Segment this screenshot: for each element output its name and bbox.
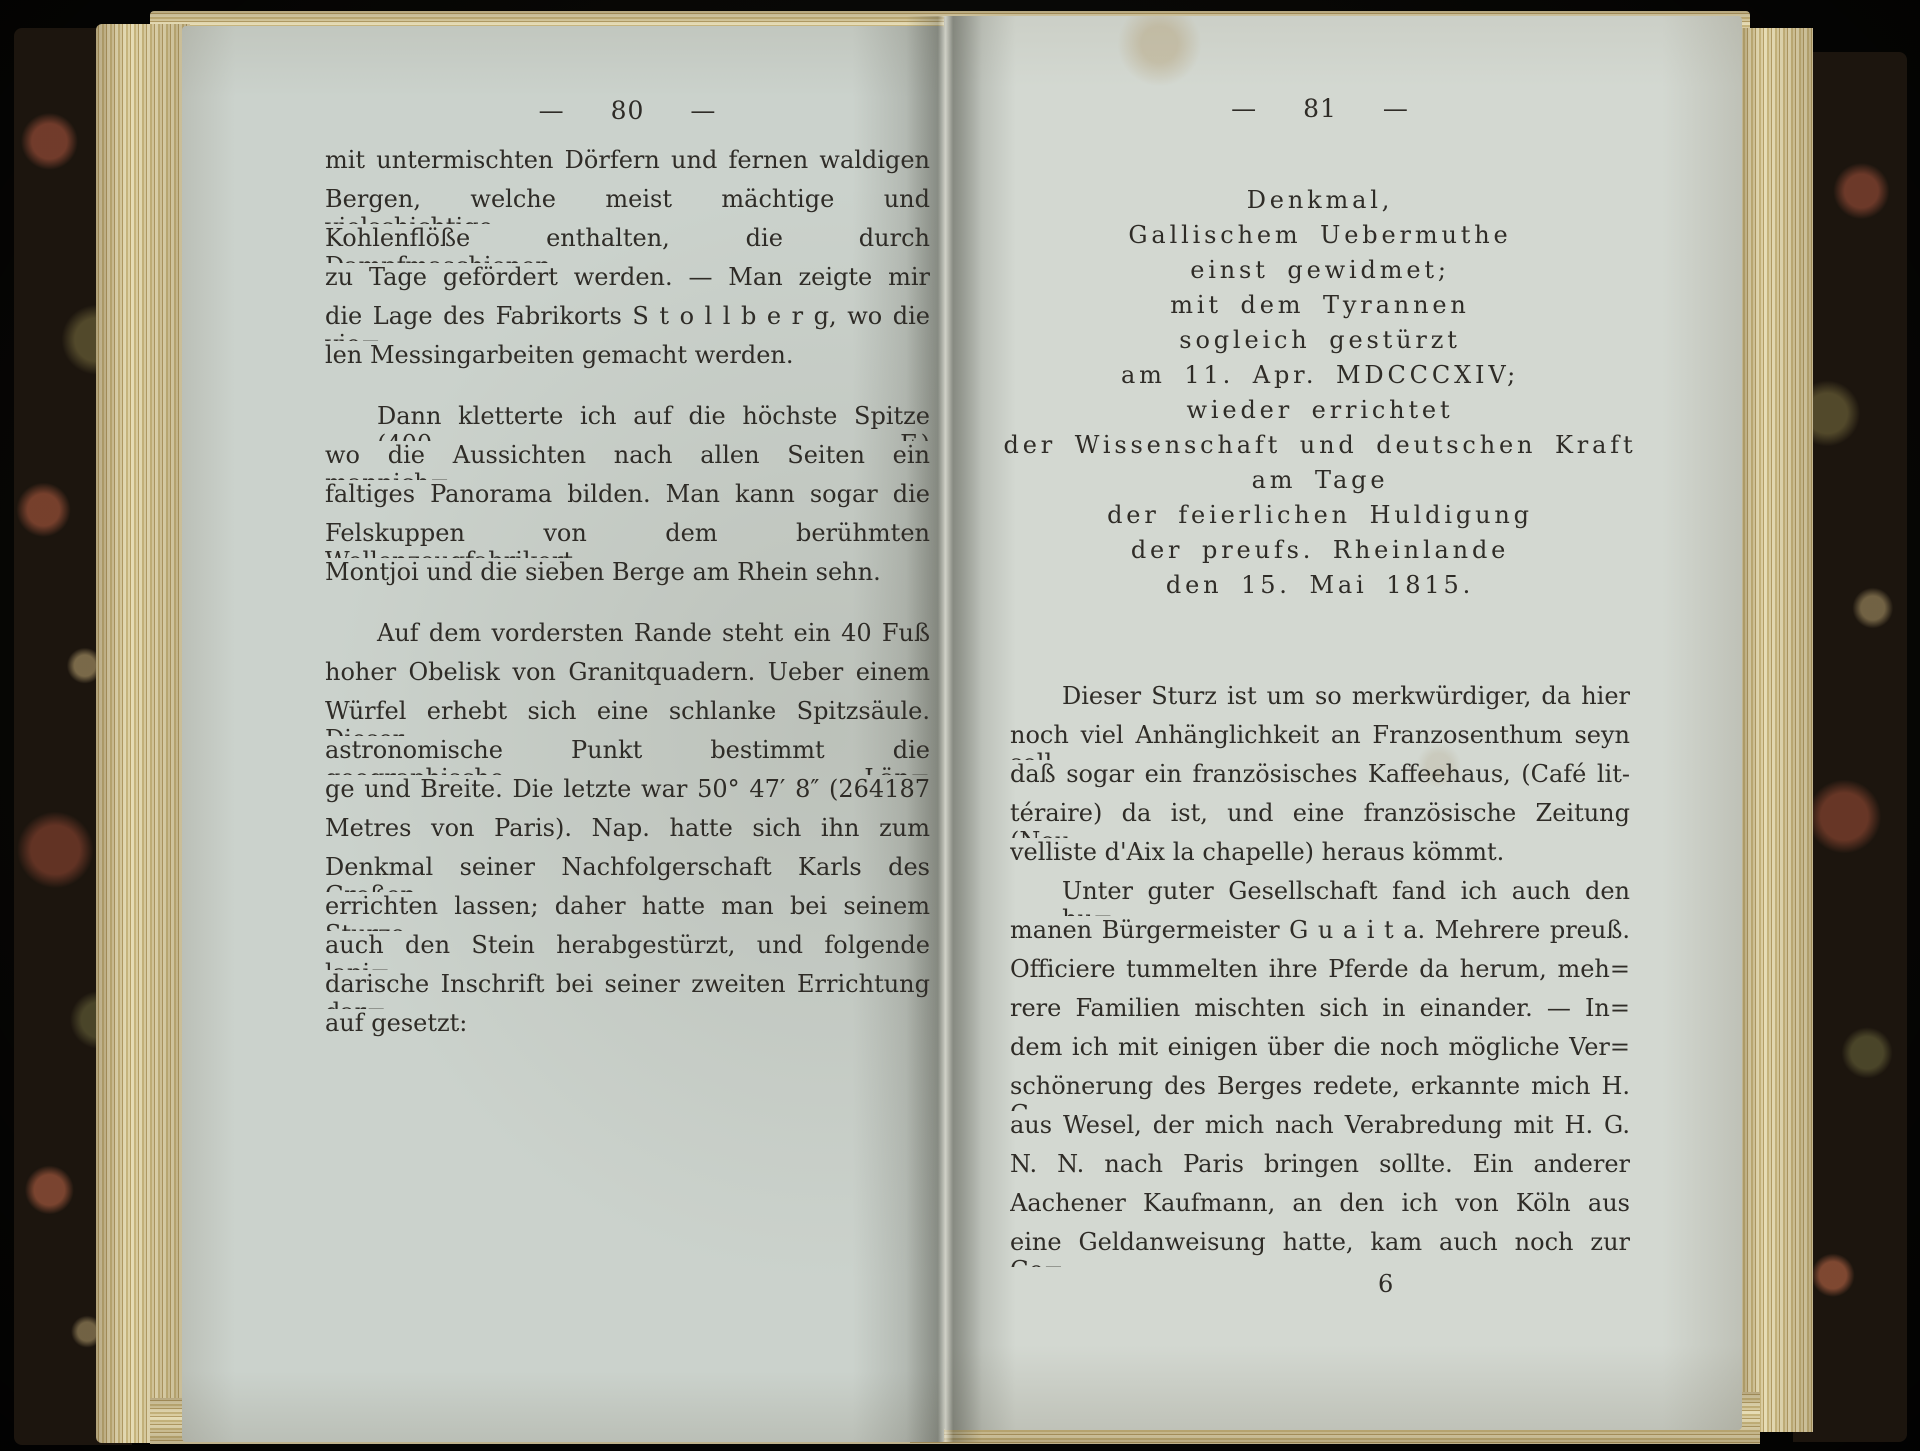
text-line: Officiere tummelten ihre Pferde da herum… bbox=[1010, 955, 1630, 994]
text-line: Aachener Kaufmann, an den ich von Köln a… bbox=[1010, 1189, 1630, 1228]
header-dash: — bbox=[690, 96, 716, 125]
text-line: zu Tage gefördert werden. — Man zeigte m… bbox=[325, 263, 930, 302]
right-page-lines: Dieser Sturz ist um so merkwürdiger, da … bbox=[1010, 682, 1630, 1267]
text-line: aus Wesel, der mich nach Verabredung mit… bbox=[1010, 1111, 1630, 1150]
text-line: Kohlenflöße enthalten, die durch Dampfma… bbox=[325, 224, 930, 263]
monument-inscription-block: Denkmal,Gallischem Uebermutheeinst gewid… bbox=[1000, 186, 1640, 606]
inscription-line: sogleich gestürzt bbox=[1000, 326, 1640, 361]
text-line: mit untermischten Dörfern und fernen wal… bbox=[325, 146, 930, 185]
text-line: astronomische Punkt bestimmt die geograp… bbox=[325, 736, 930, 775]
text-line: Metres von Paris). Nap. hatte sich ihn z… bbox=[325, 814, 930, 853]
text-line: téraire) da ist, und eine französische Z… bbox=[1010, 799, 1630, 838]
text-line: Dieser Sturz ist um so merkwürdiger, da … bbox=[1010, 682, 1630, 721]
left-page-number: 80 bbox=[611, 96, 645, 125]
text-line: Auf dem vordersten Rande steht ein 40 Fu… bbox=[325, 619, 930, 658]
inscription-line: am 11. Apr. MDCCCXIV; bbox=[1000, 361, 1640, 396]
text-line: Denkmal seiner Nachfolgerschaft Karls de… bbox=[325, 853, 930, 892]
inscription-line: den 15. Mai 1815. bbox=[1000, 571, 1640, 606]
text-line: auf gesetzt: bbox=[325, 1009, 930, 1048]
open-book-photo: — 80 — mit untermischten Dörfern und fer… bbox=[0, 0, 1920, 1451]
inscription-line: Gallischem Uebermuthe bbox=[1000, 221, 1640, 256]
text-line: Dann kletterte ich auf die höchste Spitz… bbox=[325, 402, 930, 441]
text-line: hoher Obelisk von Granitquadern. Ueber e… bbox=[325, 658, 930, 697]
text-line: eine Geldanweisung hatte, kam auch noch … bbox=[1010, 1228, 1630, 1267]
text-line: velliste d'Aix la chapelle) heraus kömmt… bbox=[1010, 838, 1630, 877]
text-line: ge und Breite. Die letzte war 50° 47′ 8″… bbox=[325, 775, 930, 814]
left-page-text-block: mit untermischten Dörfern und fernen wal… bbox=[325, 146, 930, 1048]
text-line: die Lage des Fabrikorts S t o l l b e r … bbox=[325, 302, 930, 341]
text-line: darische Inschrift bei seiner zweiten Er… bbox=[325, 970, 930, 1009]
text-line: wo die Aussichten nach allen Seiten ein … bbox=[325, 441, 930, 480]
inscription-line: der feierlichen Huldigung bbox=[1000, 501, 1640, 536]
inscription-line: wieder errichtet bbox=[1000, 396, 1640, 431]
header-dash: — bbox=[539, 96, 565, 125]
header-dash: — bbox=[1383, 94, 1409, 123]
text-line: errichten lassen; daher hatte man bei se… bbox=[325, 892, 930, 931]
text-line: Montjoi und die sieben Berge am Rhein se… bbox=[325, 558, 930, 597]
inscription-line: Denkmal, bbox=[1000, 186, 1640, 221]
text-line: Unter guter Gesellschaft fand ich auch d… bbox=[1010, 877, 1630, 916]
text-line: daß sogar ein französisches Kaffeehaus, … bbox=[1010, 760, 1630, 799]
inscription-line: der Wissenschaft und deutschen Kraft bbox=[1000, 431, 1640, 466]
signature-mark: 6 bbox=[1010, 1270, 1630, 1306]
text-line: schönerung des Berges redete, erkannte m… bbox=[1010, 1072, 1630, 1111]
text-line: N. N. nach Paris bringen sollte. Ein and… bbox=[1010, 1150, 1630, 1189]
left-page-header: — 80 — bbox=[325, 96, 930, 125]
text-line: rere Familien mischten sich in einander.… bbox=[1010, 994, 1630, 1033]
text-line: faltiges Panorama bilden. Man kann sogar… bbox=[325, 480, 930, 519]
header-dash: — bbox=[1231, 94, 1257, 123]
text-line: Felskuppen von dem berühmten Wollenzeugf… bbox=[325, 519, 930, 558]
inscription-line: einst gewidmet; bbox=[1000, 256, 1640, 291]
page-edges-left-stack bbox=[96, 24, 190, 1443]
page-edges-right-stack bbox=[1737, 28, 1813, 1432]
right-page-text-block: Dieser Sturz ist um so merkwürdiger, da … bbox=[1010, 682, 1630, 1306]
right-page-header: — 81 — bbox=[1010, 94, 1630, 123]
text-line: Würfel erhebt sich eine schlanke Spitzsä… bbox=[325, 697, 930, 736]
text-line: auch den Stein herabgestürzt, und folgen… bbox=[325, 931, 930, 970]
text-line: len Messingarbeiten gemacht werden. bbox=[325, 341, 930, 380]
inscription-line: am Tage bbox=[1000, 466, 1640, 501]
inscription-line: der preufs. Rheinlande bbox=[1000, 536, 1640, 571]
text-line: dem ich mit einigen über die noch möglic… bbox=[1010, 1033, 1630, 1072]
inscription-line: mit dem Tyrannen bbox=[1000, 291, 1640, 326]
text-line: Bergen, welche meist mächtige und vielsc… bbox=[325, 185, 930, 224]
text-line: noch viel Anhänglichkeit an Franzosenthu… bbox=[1010, 721, 1630, 760]
text-line: manen Bürgermeister G u a i t a. Mehrere… bbox=[1010, 916, 1630, 955]
right-page-number: 81 bbox=[1303, 94, 1337, 123]
